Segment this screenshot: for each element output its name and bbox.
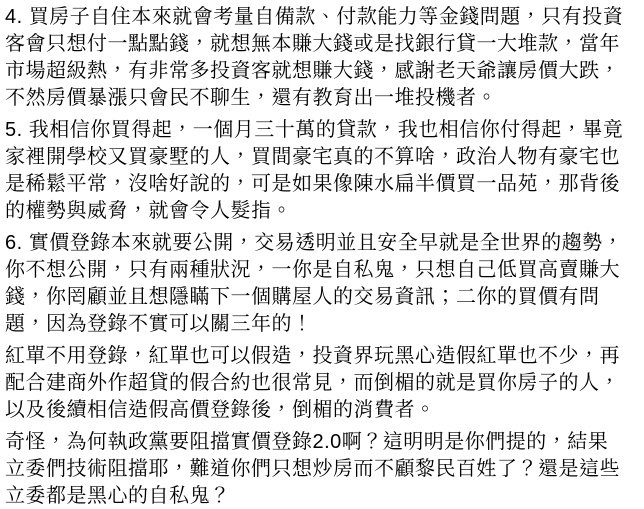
paragraph-item-6: 6. 實價登錄本來就要公開，交易透明並且安全早就是全世界的趨勢，你不想公開，只有… <box>5 230 626 338</box>
article-body: 4. 買房子自住本來就會考量自備款、付款能力等金錢問題，只有投資客會只想付一點點… <box>0 0 644 509</box>
paragraph-item-4: 4. 買房子自住本來就會考量自備款、付款能力等金錢問題，只有投資客會只想付一點點… <box>5 4 626 112</box>
paragraph-closing-question: 奇怪，為何執政黨要阻擋實價登錄2.0啊？這明明是你們提的，結果立委們技術阻擋耶，… <box>5 429 626 509</box>
paragraph-item-5: 5. 我相信你買得起，一個月三十萬的貸款，我也相信你付得起，畢竟家裡開學校又買豪… <box>5 117 626 225</box>
paragraph-red-slip: 紅單不用登錄，紅單也可以假造，投資界玩黑心造假紅單也不少，再配合建商外作超貸的假… <box>5 343 626 424</box>
